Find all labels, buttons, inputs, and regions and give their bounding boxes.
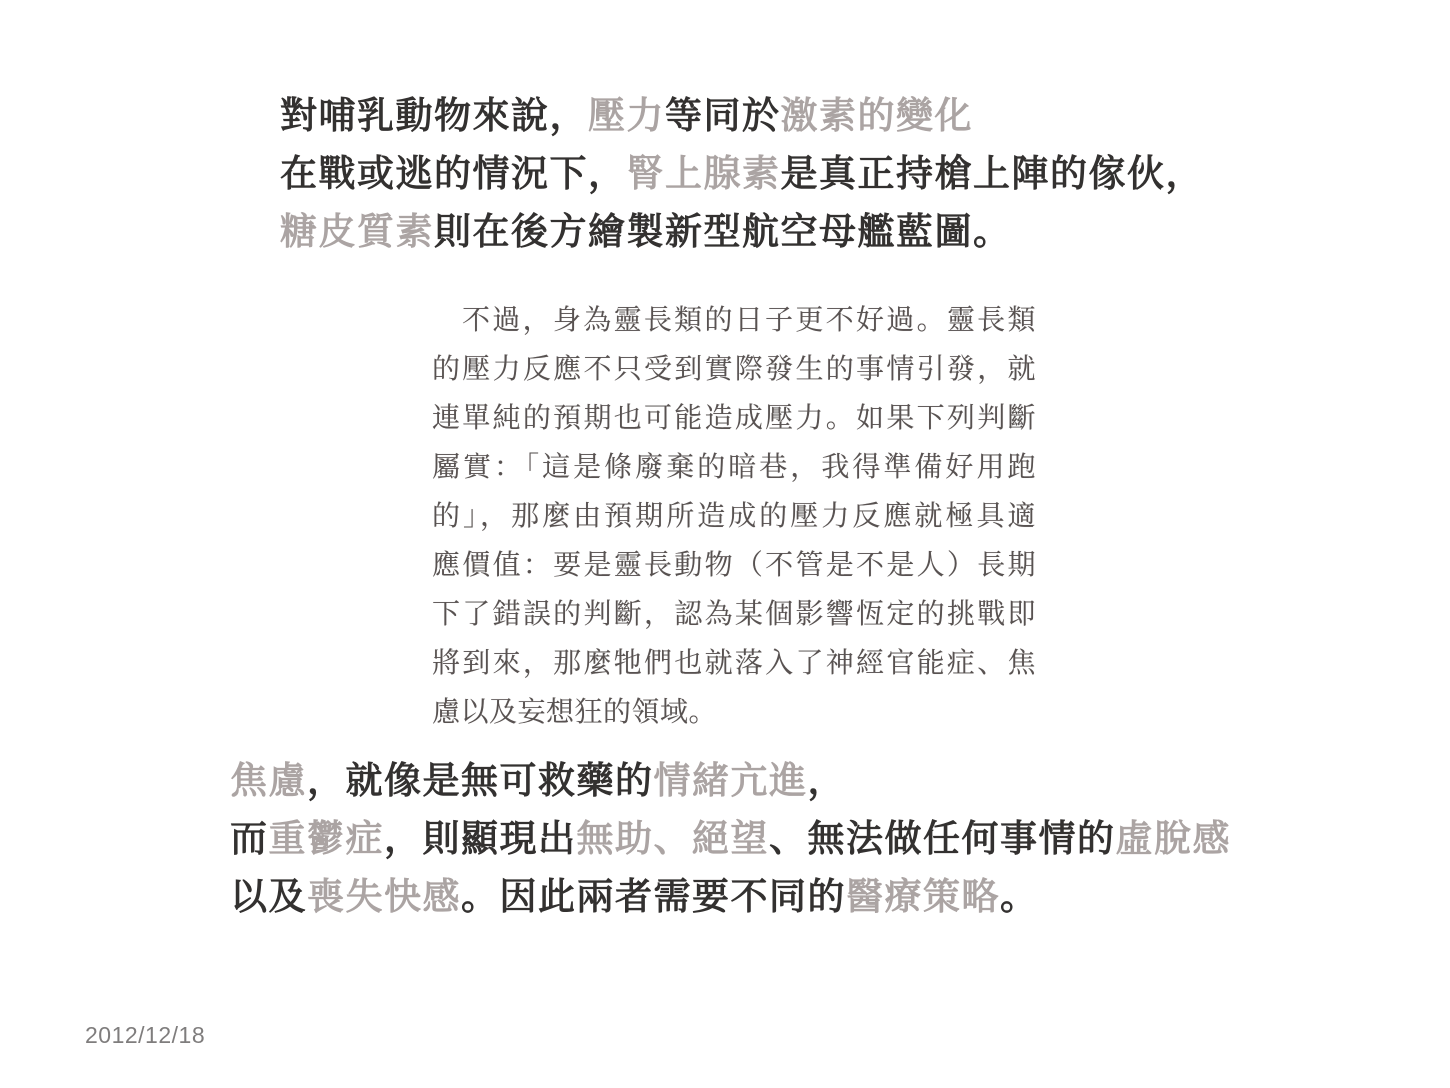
text-segment: 壓力	[588, 95, 665, 136]
text-segment: 則在後方繪製新型航空母艦藍圖。	[434, 211, 1012, 252]
text-segment: 、無法做任何事情的	[769, 818, 1116, 859]
quote-line: 不過，身為靈長類的日子更不好過。靈長類	[432, 296, 1036, 345]
text-segment: 糖皮質素	[280, 211, 434, 252]
text-segment: 。	[1000, 876, 1039, 917]
book-excerpt: 不過，身為靈長類的日子更不好過。靈長類的壓力反應不只受到實際發生的事情引發，就連…	[432, 296, 1036, 737]
text-segment: 焦慮	[230, 760, 307, 801]
text-segment: 醫療策略	[846, 876, 1000, 917]
outro-line-2: 而重鬱症，則顯現出無助、絕望、無法做任何事情的虛脫感	[230, 810, 1231, 868]
text-segment: 。因此兩者需要不同的	[461, 876, 846, 917]
quote-line: 連單純的預期也可能造成壓力。如果下列判斷	[432, 394, 1036, 443]
text-segment: 是真正持槍上陣的傢伙，	[781, 153, 1205, 194]
outro-line-1: 焦慮，就像是無可救藥的情緒亢進，	[230, 752, 1231, 810]
text-segment: ，就像是無可救藥的	[307, 760, 654, 801]
intro-line-1: 對哺乳動物來說，壓力等同於激素的變化	[280, 87, 1204, 145]
text-segment: ，則顯現出	[384, 818, 577, 859]
intro-line-2: 在戰或逃的情況下，腎上腺素是真正持槍上陣的傢伙，	[280, 145, 1204, 203]
text-segment: 喪失快感	[307, 876, 461, 917]
text-segment: 在戰或逃的情況下，	[280, 153, 627, 194]
text-segment: 等同於	[665, 95, 781, 136]
quote-line: 慮以及妄想狂的領域。	[432, 688, 1036, 737]
slide-canvas: 對哺乳動物來說，壓力等同於激素的變化 在戰或逃的情況下，腎上腺素是真正持槍上陣的…	[0, 0, 1450, 1088]
outro-paragraph: 焦慮，就像是無可救藥的情緒亢進， 而重鬱症，則顯現出無助、絕望、無法做任何事情的…	[230, 752, 1231, 926]
text-segment: 激素的變化	[781, 95, 974, 136]
text-segment: 虛脫感	[1116, 818, 1232, 859]
text-segment: 無助、絕望	[577, 818, 770, 859]
quote-line: 將到來，那麼牠們也就落入了神經官能症、焦	[432, 639, 1036, 688]
text-segment: 對哺乳動物來說，	[280, 95, 588, 136]
quote-line: 應價值：要是靈長動物（不管是不是人）長期	[432, 541, 1036, 590]
text-segment: 腎上腺素	[627, 153, 781, 194]
quote-line: 的」，那麼由預期所造成的壓力反應就極具適	[432, 492, 1036, 541]
quote-line: 下了錯誤的判斷，認為某個影響恆定的挑戰即	[432, 590, 1036, 639]
text-segment: 而	[230, 818, 269, 859]
outro-line-3: 以及喪失快感。因此兩者需要不同的醫療策略。	[230, 868, 1231, 926]
text-segment: 情緒亢進	[654, 760, 808, 801]
intro-line-3: 糖皮質素則在後方繪製新型航空母艦藍圖。	[280, 203, 1204, 261]
quote-line: 屬實：「這是條廢棄的暗巷，我得準備好用跑	[432, 443, 1036, 492]
text-segment: 以及	[230, 876, 307, 917]
quote-line: 的壓力反應不只受到實際發生的事情引發，就	[432, 345, 1036, 394]
text-segment: 重鬱症	[269, 818, 385, 859]
text-segment: ，	[808, 760, 847, 801]
slide-date: 2012/12/18	[85, 1020, 205, 1050]
intro-paragraph: 對哺乳動物來說，壓力等同於激素的變化 在戰或逃的情況下，腎上腺素是真正持槍上陣的…	[280, 87, 1204, 261]
